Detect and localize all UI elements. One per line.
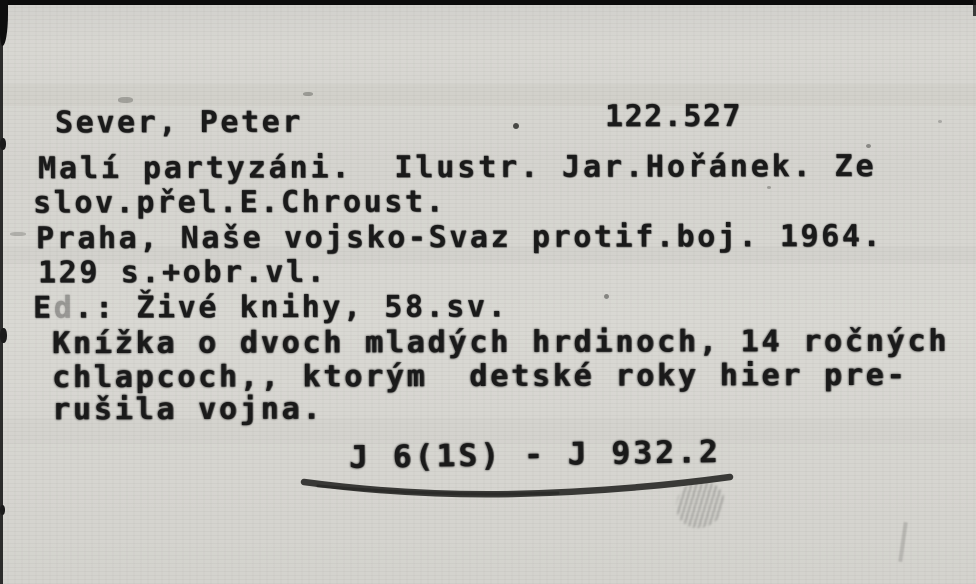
call-number: J 6(1S) - J 932.2 xyxy=(349,435,721,475)
catalog-card: Sever, Peter 122.527 Malí partyzáni. Ilu… xyxy=(0,0,976,584)
ink-smudge xyxy=(671,481,729,529)
ink-speck xyxy=(513,123,519,129)
series-line: Ed.: Živé knihy, 58.sv. xyxy=(33,290,508,325)
ink-speck xyxy=(866,144,871,148)
annotation-line: Knížka o dvoch mladých hrdinoch, 14 ročn… xyxy=(52,325,949,361)
ink-speck xyxy=(118,97,133,103)
scan-band xyxy=(0,84,976,106)
ink-speck xyxy=(572,168,576,172)
series-faint-char: d xyxy=(54,291,75,326)
title-line: Malí partyzáni. Ilustr. Jar.Hořánek. Ze xyxy=(38,150,877,186)
card-left-edge xyxy=(0,0,3,584)
accession-number: 122.527 xyxy=(605,100,742,134)
edge-blotch xyxy=(0,328,7,343)
ink-speck xyxy=(604,294,609,299)
imprint-line: Praha, Naše vojsko-Svaz protif.boj. 1964… xyxy=(36,220,883,256)
series-rest: .: Živé knihy, 58.sv. xyxy=(74,289,508,325)
corner-ink-blob xyxy=(0,0,8,46)
edge-blotch xyxy=(0,505,5,515)
ink-speck xyxy=(767,186,771,189)
series-prefix: E xyxy=(33,291,54,326)
ink-speck xyxy=(938,120,942,123)
edge-blotch xyxy=(0,138,6,150)
author-heading: Sever, Peter xyxy=(55,106,303,141)
annotation-line: chlapcoch,, ktorým detské roky hier pre- xyxy=(52,359,907,395)
collation-line: 129 s.+obr.vl. xyxy=(38,256,327,291)
translator-line: slov.přel.E.Chroust. xyxy=(33,185,446,220)
annotation-line: rušila vojna. xyxy=(52,393,323,428)
ink-speck xyxy=(10,232,26,236)
scan-streak xyxy=(898,522,908,562)
ink-speck xyxy=(303,92,313,96)
card-top-edge xyxy=(0,0,976,5)
